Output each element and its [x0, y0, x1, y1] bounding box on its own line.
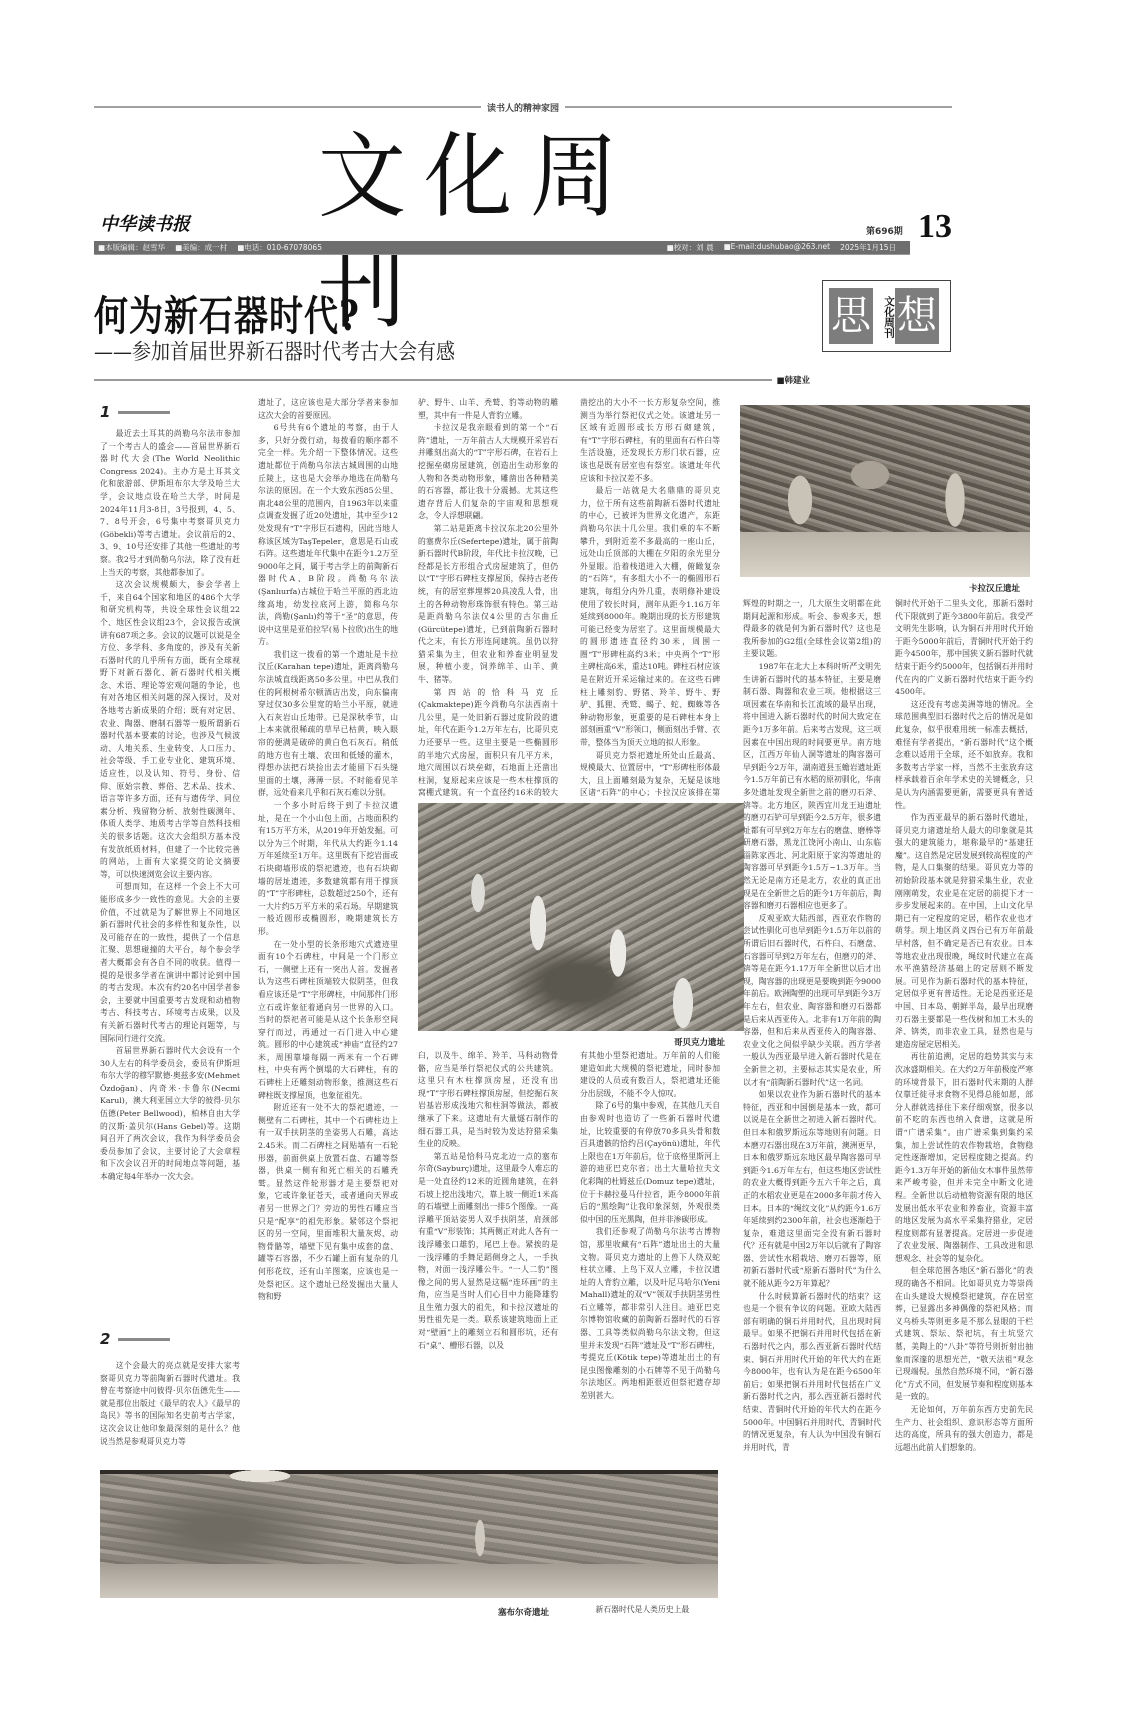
- info-bar-divider: [94, 254, 910, 255]
- paragraph: 驴、野牛、山羊、秃鹫、豹等动物的雕塑，其中有一件是人背豹立雕。: [418, 397, 558, 422]
- paragraph: 什么时候算新石器时代的结束？这也是一个很有争议的问题。亚欧大陆西部有明确的铜石并…: [743, 1291, 881, 1455]
- photo-caption: 哥贝克力遗址: [674, 1036, 725, 1048]
- paragraph: 再往前追溯，定居的趋势其实与末次冰盛期相关。在大约2万年前极度严寒的环境背景下，…: [895, 1051, 1033, 1265]
- paragraph: 辉煌的时期之一，几大原生文明都在此期间起源和形成。听会、参观多天，想得最多的就是…: [743, 598, 881, 661]
- paragraph: 但全球范围各地区“新石器化”的表现的确各不相同。比如哥贝克力等崇尚在山头建设大规…: [895, 1265, 1033, 1404]
- phone-info: ■电话：010-67078065: [237, 242, 322, 253]
- paragraph: 臼，以及牛、绵羊、羚羊、马科动物骨骼，应当是举行祭祀仪式的公共建筑。这里只有木柱…: [418, 1050, 558, 1151]
- article-column-1: 最近去土耳其的尚勒乌尔法市参加了一个考古人的盛会——首届世界新石器时代大会(Th…: [100, 428, 240, 1184]
- paragraph: 一个多小时后终于到了卡拉汉遗址，是在一个小山包上面，占地面积约有15万平方米，从…: [258, 800, 398, 939]
- tagline-row: 读书人的精神家园: [94, 102, 952, 112]
- info-bar: ■本版编辑：赵雪华 ■美编：成一村 ■电话：010-67078065 ■校对：刘…: [94, 241, 910, 254]
- paragraph: 1987年在北大上本科时听严文明先生讲新石器时代的基本特征，主要是磨制石器、陶器…: [743, 661, 881, 913]
- paragraph: 最近去土耳其的尚勒乌尔法市参加了一个考古人的盛会——首届世界新石器时代大会(Th…: [100, 428, 240, 579]
- paragraph: 最后一站就是大名鼎鼎的哥贝克力，位于所有这些前陶新石器时代遗址的中心，已被评为世…: [580, 485, 720, 749]
- byline-row: ■韩建业: [94, 375, 810, 385]
- column-badge-char-left: 思: [829, 288, 873, 344]
- article-column-1-section-2: 这个会最大的亮点就是安排大家考察哥贝克力等前陶新石器时代遗址。我曾在考察途中问彼…: [100, 1360, 240, 1468]
- paragraph: 除了6号的集中参观，在其他几天自由参观时也造访了一些新石器时代遗址，比较重要的有…: [580, 1100, 720, 1226]
- article-column-6: 铜时代开始于二里头文化，那新石器时代下限就到了距今3800年前后。我受严文明先生…: [895, 598, 1033, 1706]
- paragraph: 第二站是距离卡拉汉东北20公里外的塞费尔丘(Sefertepe)遗址，属于前陶新…: [418, 523, 558, 687]
- paragraph: 我们还参观了尚勒乌尔法考古博物馆，那里收藏有“石阵”遗址出土的大量文物。哥贝克力…: [580, 1226, 720, 1402]
- tagline-rule-right: [565, 106, 952, 108]
- tagline: 读书人的精神家园: [481, 101, 565, 114]
- paragraph: 无论如何，万年前东西方史前先民生产力、社会组织、意识形态等方面所达的高度，所具有…: [895, 1404, 1033, 1454]
- paragraph: 这个会最大的亮点就是安排大家考察哥贝克力等前陶新石器时代遗址。我曾在考察途中问彼…: [100, 1360, 240, 1448]
- article-headline: 何为新石器时代?: [94, 283, 360, 342]
- publish-date: 2025年1月15日: [840, 242, 896, 253]
- masthead-title: 文化周刊: [318, 121, 738, 231]
- paragraph: 首届世界新石器时代大会设有一个30人左右的科学委员会，委员有伊斯坦布尔大学的穆罕…: [100, 1045, 240, 1184]
- article-column-4: 凿挖出的大小不一长方形复杂空间，推测当为举行祭祀仪式之处。该遗址另一区域有近圆形…: [580, 397, 720, 797]
- paragraph: 6号共有6个遗址的考察，由于人多，只好分拨行动，每拨看的顺序都不完全一样。先介绍…: [258, 422, 398, 649]
- paragraph: 新石器时代是人类历史上最: [580, 1604, 720, 1617]
- photo-karahan-tepe: [740, 405, 1030, 577]
- paragraph: 可想而知，在这样一个会上不大可能形成多少一致性的意见。大会的主要价值，不过就是为…: [100, 881, 240, 1045]
- author-byline: ■韩建业: [776, 374, 810, 386]
- paragraph: 反观亚欧大陆西部，西亚农作物的尝试性驯化可也早到距今1.5万年以前的所谓后旧石器…: [743, 913, 881, 1089]
- article-subheadline: ——参加首届世界新石器时代考古大会有感: [94, 335, 455, 366]
- tagline-rule-left: [94, 106, 481, 108]
- paragraph: 第五站是恰科马克北边一点的塞布尔奇(Sayburç)遗址，这里最令人难忘的是一处…: [418, 1151, 558, 1353]
- email-link[interactable]: ■E-mail:dushubao@263.net: [724, 242, 831, 253]
- photo-sayburc: [100, 1470, 718, 1598]
- article-column-4-section-3: 新石器时代是人类历史上最: [580, 1604, 720, 1617]
- section-number: 1: [100, 403, 110, 421]
- proofreader-info: ■校对：刘 晨: [667, 242, 714, 253]
- photo-gobekli-tepe: [418, 803, 744, 1031]
- paragraph: 作为西亚最早的新石器时代遗址，哥贝克力诸遗址给人最大的印象就是其强大的建筑能力，…: [895, 812, 1033, 1051]
- paragraph: 遗址了，这应该也是大部分学者来参加这次大会的首要原因。: [258, 397, 398, 422]
- paragraph: 如果以农业作为新石器时代的基本特征，西亚和中国倒是基本一致，都可以说是在全新世之…: [743, 1089, 881, 1291]
- column-badge: 思 文化周刊 想: [822, 280, 951, 352]
- paragraph: 我们这一拨看的第一个遗址是卡拉汉丘(Karahan tepe)遗址，距离尚勒乌尔…: [258, 649, 398, 800]
- paragraph: 哥贝克力祭祀遗址所处山丘最高、规模最大、位置居中，“T”形碑柱形体最大，且上面雕…: [580, 750, 720, 797]
- paragraph: 这次会议规模颇大，参会学者上千，来自64个国家和地区的486个大学和研究机构等，…: [100, 579, 240, 881]
- paragraph: 凿挖出的大小不一长方形复杂空间，推测当为举行祭祀仪式之处。该遗址另一区域有近圆形…: [580, 397, 720, 485]
- paper-logo: 中华读书报: [100, 210, 190, 236]
- paragraph: 卡拉汉是我亲眼看到的第一个“石阵”遗址，一万年前古人大规模开采岩石并雕刻出高大的…: [418, 422, 558, 523]
- paragraph: 第四站的恰科马克丘(Çakmaktepe)距今尚勒乌尔法西南十几公里，是一处旧新…: [418, 687, 558, 797]
- article-column-5: 辉煌的时期之一，几大原生文明都在此期间起源和形成。听会、参观多天，想得最多的就是…: [743, 598, 881, 1706]
- column-badge-label: 文化周刊: [873, 288, 895, 344]
- photo-caption: 卡拉汉丘遗址: [969, 582, 1020, 594]
- article-column-2: 遗址了，这应该也是大部分学者来参加这次大会的首要原因。 6号共有6个遗址的考察，…: [258, 397, 398, 1465]
- section-number: 2: [100, 1330, 110, 1348]
- page-number: 13: [918, 212, 952, 242]
- paragraph: 附近还有一处不大的祭祀遗迹，一侧壁有二石碑柱，其中一个石碑柱边上有一双手扶阴茎的…: [258, 1102, 398, 1304]
- editor-info: ■本版编辑：赵雪华: [98, 242, 165, 253]
- paragraph: 在一处小型的长条形地穴式遗迹里面有10个石碑柱，中间是一个门形立石，一侧壁上还有…: [258, 939, 398, 1103]
- paragraph: 铜时代开始于二里头文化，那新石器时代下限就到了距今3800年前后。我受严文明先生…: [895, 598, 1033, 699]
- paragraph: 有其他小型祭祀遗址。万年前的人们能建造如此大规模的祭祀遗址，同时参加建设的人员或…: [580, 1050, 720, 1100]
- issue-number: 第696期: [866, 224, 903, 237]
- byline-rule: [94, 379, 772, 381]
- section-bar: [118, 411, 170, 414]
- column-badge-char-right: 想: [895, 288, 939, 344]
- article-column-3-lower: 臼，以及牛、绵羊、羚羊、马科动物骨骼，应当是举行祭祀仪式的公共建筑。这里只有木柱…: [418, 1050, 558, 1465]
- photo-caption: 塞布尔奇遗址: [498, 1606, 549, 1618]
- section-marker-1: 1: [100, 403, 170, 421]
- article-column-3: 驴、野牛、山羊、秃鹫、豹等动物的雕塑，其中有一件是人背豹立雕。 卡拉汉是我亲眼看…: [418, 397, 558, 797]
- section-marker-2: 2: [100, 1330, 170, 1348]
- designer-info: ■美编：成一村: [175, 242, 227, 253]
- section-bar: [118, 1338, 170, 1341]
- paragraph: 这还没有考虑美洲等地的情况。全球范围典型旧石器时代之后的情况是如此复杂，似乎很难…: [895, 699, 1033, 812]
